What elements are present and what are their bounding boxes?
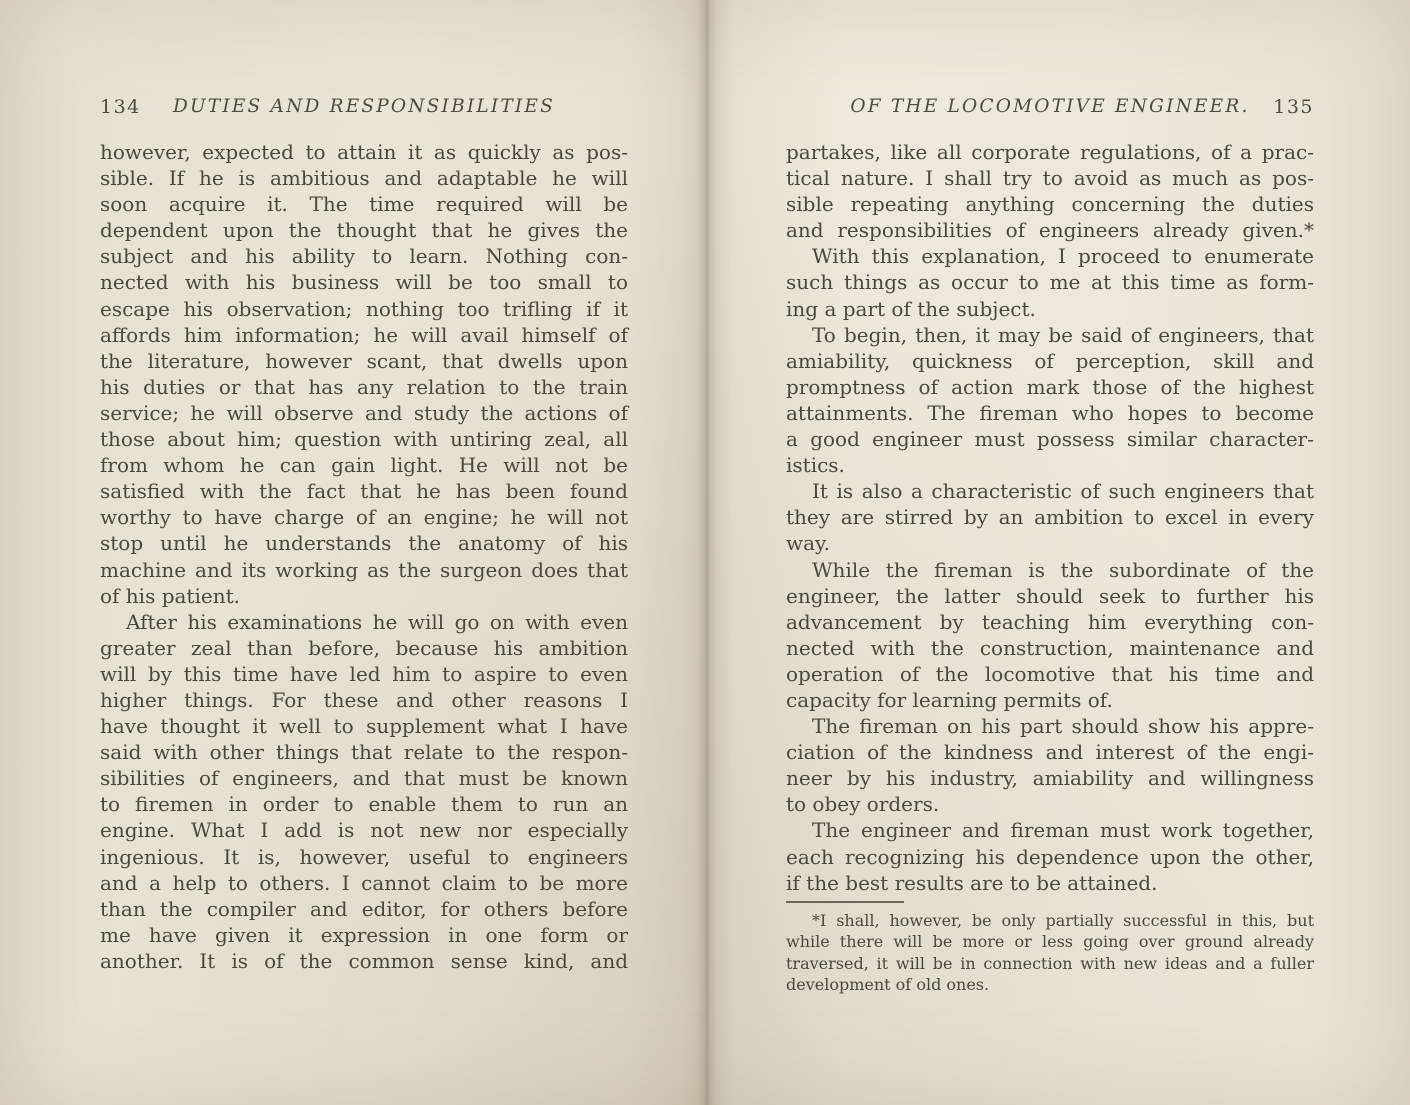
footnote: *I shall, however, be only partially suc… bbox=[786, 901, 1314, 996]
text-line: a good engineer must possess similar cha… bbox=[786, 426, 1314, 452]
text-line: however, expected to attain it as quickl… bbox=[100, 139, 628, 165]
left-running-title: DUTIES AND RESPONSIBILITIES bbox=[100, 96, 628, 117]
text-line: while there will be more or less going o… bbox=[786, 931, 1314, 952]
text-line: the literature, however scant, that dwel… bbox=[100, 348, 628, 374]
text-line: nected with the construction, maintenanc… bbox=[786, 635, 1314, 661]
text-line: While the fireman is the subordinate of … bbox=[786, 557, 1314, 583]
book-gutter-crease bbox=[697, 0, 717, 1105]
text-line: subject and his ability to learn. Nothin… bbox=[100, 243, 628, 269]
text-line: to firemen in order to enable them to ru… bbox=[100, 791, 628, 817]
text-line: greater zeal than before, because his am… bbox=[100, 635, 628, 661]
text-line: istics. bbox=[786, 452, 1314, 478]
text-line: tical nature. I shall try to avoid as mu… bbox=[786, 165, 1314, 191]
left-page-body: however, expected to attain it as quickl… bbox=[100, 139, 628, 974]
text-line: capacity for learning permits of. bbox=[786, 687, 1314, 713]
book-spread: 134 DUTIES AND RESPONSIBILITIES OF THE L… bbox=[0, 0, 1410, 1105]
text-line: The engineer and fireman must work toget… bbox=[786, 817, 1314, 843]
text-line: said with other things that relate to th… bbox=[100, 739, 628, 765]
footnote-text: *I shall, however, be only partially suc… bbox=[786, 910, 1314, 996]
text-line: affords him information; he will avail h… bbox=[100, 322, 628, 348]
text-line: sible repeating anything concerning the … bbox=[786, 191, 1314, 217]
text-line: his duties or that has any relation to t… bbox=[100, 374, 628, 400]
text-line: attainments. The fireman who hopes to be… bbox=[786, 400, 1314, 426]
text-line: higher things. For these and other reaso… bbox=[100, 687, 628, 713]
text-line: traversed, it will be in connection with… bbox=[786, 953, 1314, 974]
text-line: The fireman on his part should show his … bbox=[786, 713, 1314, 739]
right-page-header: OF THE LOCOMOTIVE ENGINEER. 135 bbox=[786, 96, 1314, 124]
text-line: partakes, like all corporate regulations… bbox=[786, 139, 1314, 165]
right-running-title: OF THE LOCOMOTIVE ENGINEER. bbox=[786, 96, 1314, 117]
text-line: advancement by teaching him everything c… bbox=[786, 609, 1314, 635]
text-line: machine and its working as the surgeon d… bbox=[100, 557, 628, 583]
text-line: operation of the locomotive that his tim… bbox=[786, 661, 1314, 687]
text-line: neer by his industry, amiability and wil… bbox=[786, 765, 1314, 791]
text-line: another. It is of the common sense kind,… bbox=[100, 948, 628, 974]
text-line: they are stirred by an ambition to excel… bbox=[786, 504, 1314, 530]
text-line: promptness of action mark those of the h… bbox=[786, 374, 1314, 400]
text-line: such things as occur to me at this time … bbox=[786, 269, 1314, 295]
text-line: worthy to have charge of an engine; he w… bbox=[100, 504, 628, 530]
text-line: amiability, quickness of perception, ski… bbox=[786, 348, 1314, 374]
left-page-number: 134 bbox=[100, 96, 141, 118]
text-line: engine. What I add is not new nor especi… bbox=[100, 817, 628, 843]
text-line: After his examinations he will go on wit… bbox=[100, 609, 628, 635]
text-line: sible. If he is ambitious and adaptable … bbox=[100, 165, 628, 191]
text-line: satisfied with the fact that he has been… bbox=[100, 478, 628, 504]
text-line: to obey orders. bbox=[786, 791, 1314, 817]
text-line: ing a part of the subject. bbox=[786, 296, 1314, 322]
text-line: *I shall, however, be only partially suc… bbox=[786, 910, 1314, 931]
left-page-header: 134 DUTIES AND RESPONSIBILITIES bbox=[100, 96, 628, 124]
text-line: will by this time have led him to aspire… bbox=[100, 661, 628, 687]
text-line: from whom he can gain light. He will not… bbox=[100, 452, 628, 478]
text-line: ingenious. It is, however, useful to eng… bbox=[100, 844, 628, 870]
text-line: sibilities of engineers, and that must b… bbox=[100, 765, 628, 791]
right-page-number: 135 bbox=[1273, 96, 1314, 118]
text-line: ciation of the kindness and interest of … bbox=[786, 739, 1314, 765]
text-line: With this explanation, I proceed to enum… bbox=[786, 243, 1314, 269]
text-line: nected with his business will be too sma… bbox=[100, 269, 628, 295]
text-line: stop until he understands the anatomy of… bbox=[100, 530, 628, 556]
text-line: of his patient. bbox=[100, 583, 628, 609]
text-line: way. bbox=[786, 530, 1314, 556]
text-line: if the best results are to be attained. bbox=[786, 870, 1314, 896]
text-line: those about him; question with untiring … bbox=[100, 426, 628, 452]
text-line: have thought it well to supplement what … bbox=[100, 713, 628, 739]
text-line: It is also a characteristic of such engi… bbox=[786, 478, 1314, 504]
right-page-body: partakes, like all corporate regulations… bbox=[786, 139, 1314, 896]
text-line: and a help to others. I cannot claim to … bbox=[100, 870, 628, 896]
text-line: soon acquire it. The time required will … bbox=[100, 191, 628, 217]
text-line: me have given it expression in one form … bbox=[100, 922, 628, 948]
text-line: engineer, the latter should seek to furt… bbox=[786, 583, 1314, 609]
text-line: development of old ones. bbox=[786, 974, 1314, 995]
text-line: dependent upon the thought that he gives… bbox=[100, 217, 628, 243]
text-line: escape his observation; nothing too trif… bbox=[100, 296, 628, 322]
text-line: and responsibilities of engineers alread… bbox=[786, 217, 1314, 243]
footnote-rule bbox=[786, 901, 904, 903]
text-line: than the compiler and editor, for others… bbox=[100, 896, 628, 922]
text-line: service; he will observe and study the a… bbox=[100, 400, 628, 426]
text-line: each recognizing his dependence upon the… bbox=[786, 844, 1314, 870]
text-line: To begin, then, it may be said of engine… bbox=[786, 322, 1314, 348]
